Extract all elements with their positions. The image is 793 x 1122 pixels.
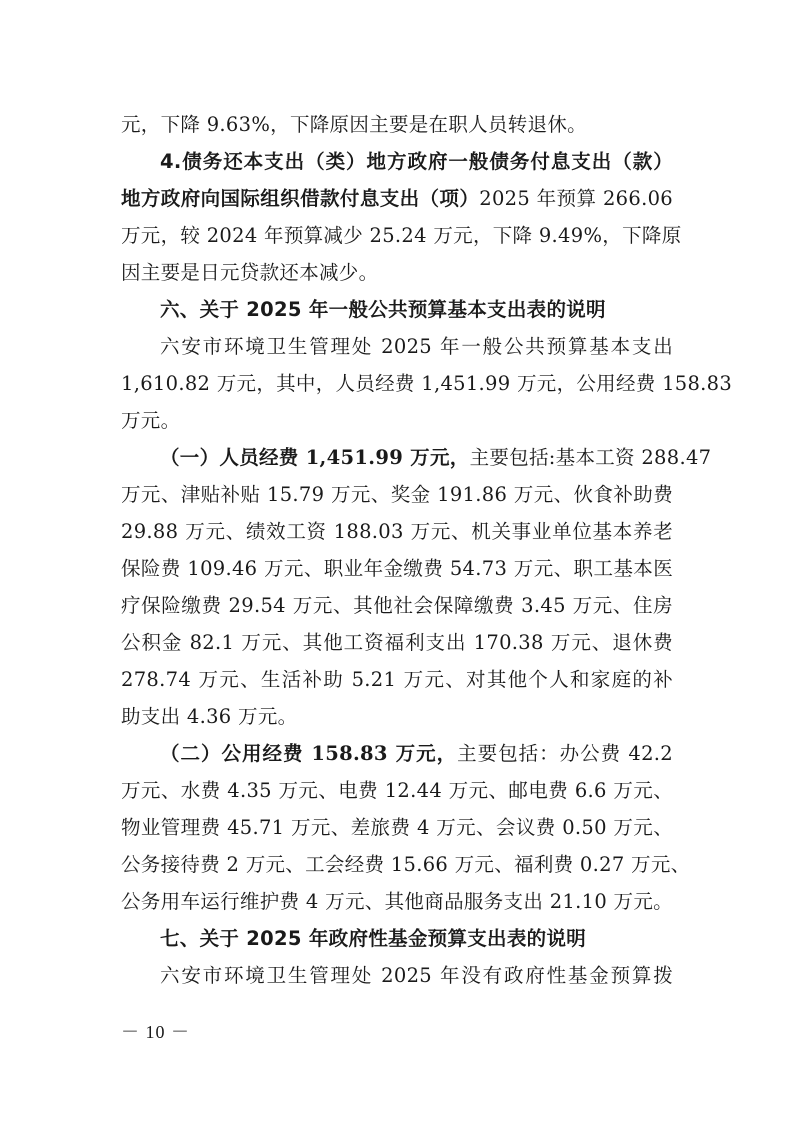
paragraph-line: 六安市环境卫生管理处 2025 年没有政府性基金预算拨 <box>121 957 673 994</box>
paragraph-line: 六安市环境卫生管理处 2025 年一般公共预算基本支出 <box>121 328 673 365</box>
paragraph-line: 278.74 万元、生活补助 5.21 万元、对其他个人和家庭的补 <box>121 661 673 698</box>
subsection-personnel-line: （一）人员经费 1,451.99 万元，主要包括:基本工资 288.47 <box>121 439 673 476</box>
page-number: － 10 － <box>121 1018 190 1044</box>
paragraph-line: 公务接待费 2 万元、工会经费 15.66 万元、福利费 0.27 万元、 <box>121 846 673 883</box>
paragraph-line: 物业管理费 45.71 万元、差旅费 4 万元、会议费 0.50 万元、 <box>121 809 673 846</box>
paragraph-line: 公积金 82.1 万元、其他工资福利支出 170.38 万元、退休费 <box>121 624 673 661</box>
document-body: 元，下降 9.63%，下降原因主要是在职人员转退休。 4.债务还本支出（类）地方… <box>121 106 673 994</box>
section-4-title-line: 4.债务还本支出（类）地方政府一般债务付息支出（款） <box>121 143 673 180</box>
paragraph-line: 疗保险缴费 29.54 万元、其他社会保障缴费 3.45 万元、住房 <box>121 587 673 624</box>
paragraph-line: 万元、水费 4.35 万元、电费 12.44 万元、邮电费 6.6 万元、 <box>121 772 673 809</box>
paragraph-line: 助支出 4.36 万元。 <box>121 698 673 735</box>
paragraph-line: 29.88 万元、绩效工资 188.03 万元、机关事业单位基本养老 <box>121 513 673 550</box>
paragraph-line: 万元。 <box>121 402 673 439</box>
section-4-title-line: 地方政府向国际组织借款付息支出（项）2025 年预算 266.06 <box>121 180 673 217</box>
paragraph-line: 万元，较 2024 年预算减少 25.24 万元，下降 9.49%，下降原 <box>121 217 673 254</box>
paragraph-line: 万元、津贴补贴 15.79 万元、奖金 191.86 万元、伙食补助费 <box>121 476 673 513</box>
paragraph-line: 保险费 109.46 万元、职业年金缴费 54.73 万元、职工基本医 <box>121 550 673 587</box>
document-page: 元，下降 9.63%，下降原因主要是在职人员转退休。 4.债务还本支出（类）地方… <box>0 0 793 1122</box>
subsection-public-line: （二）公用经费 158.83 万元，主要包括：办公费 42.2 <box>121 735 673 772</box>
section-heading-6: 六、关于 2025 年一般公共预算基本支出表的说明 <box>121 291 673 328</box>
paragraph-line: 因主要是日元贷款还本减少。 <box>121 254 673 291</box>
paragraph-line: 元，下降 9.63%，下降原因主要是在职人员转退休。 <box>121 106 673 143</box>
paragraph-line: 公务用车运行维护费 4 万元、其他商品服务支出 21.10 万元。 <box>121 883 673 920</box>
paragraph-line: 1,610.82 万元，其中，人员经费 1,451.99 万元，公用经费 158… <box>121 365 673 402</box>
section-heading-7: 七、关于 2025 年政府性基金预算支出表的说明 <box>121 920 673 957</box>
